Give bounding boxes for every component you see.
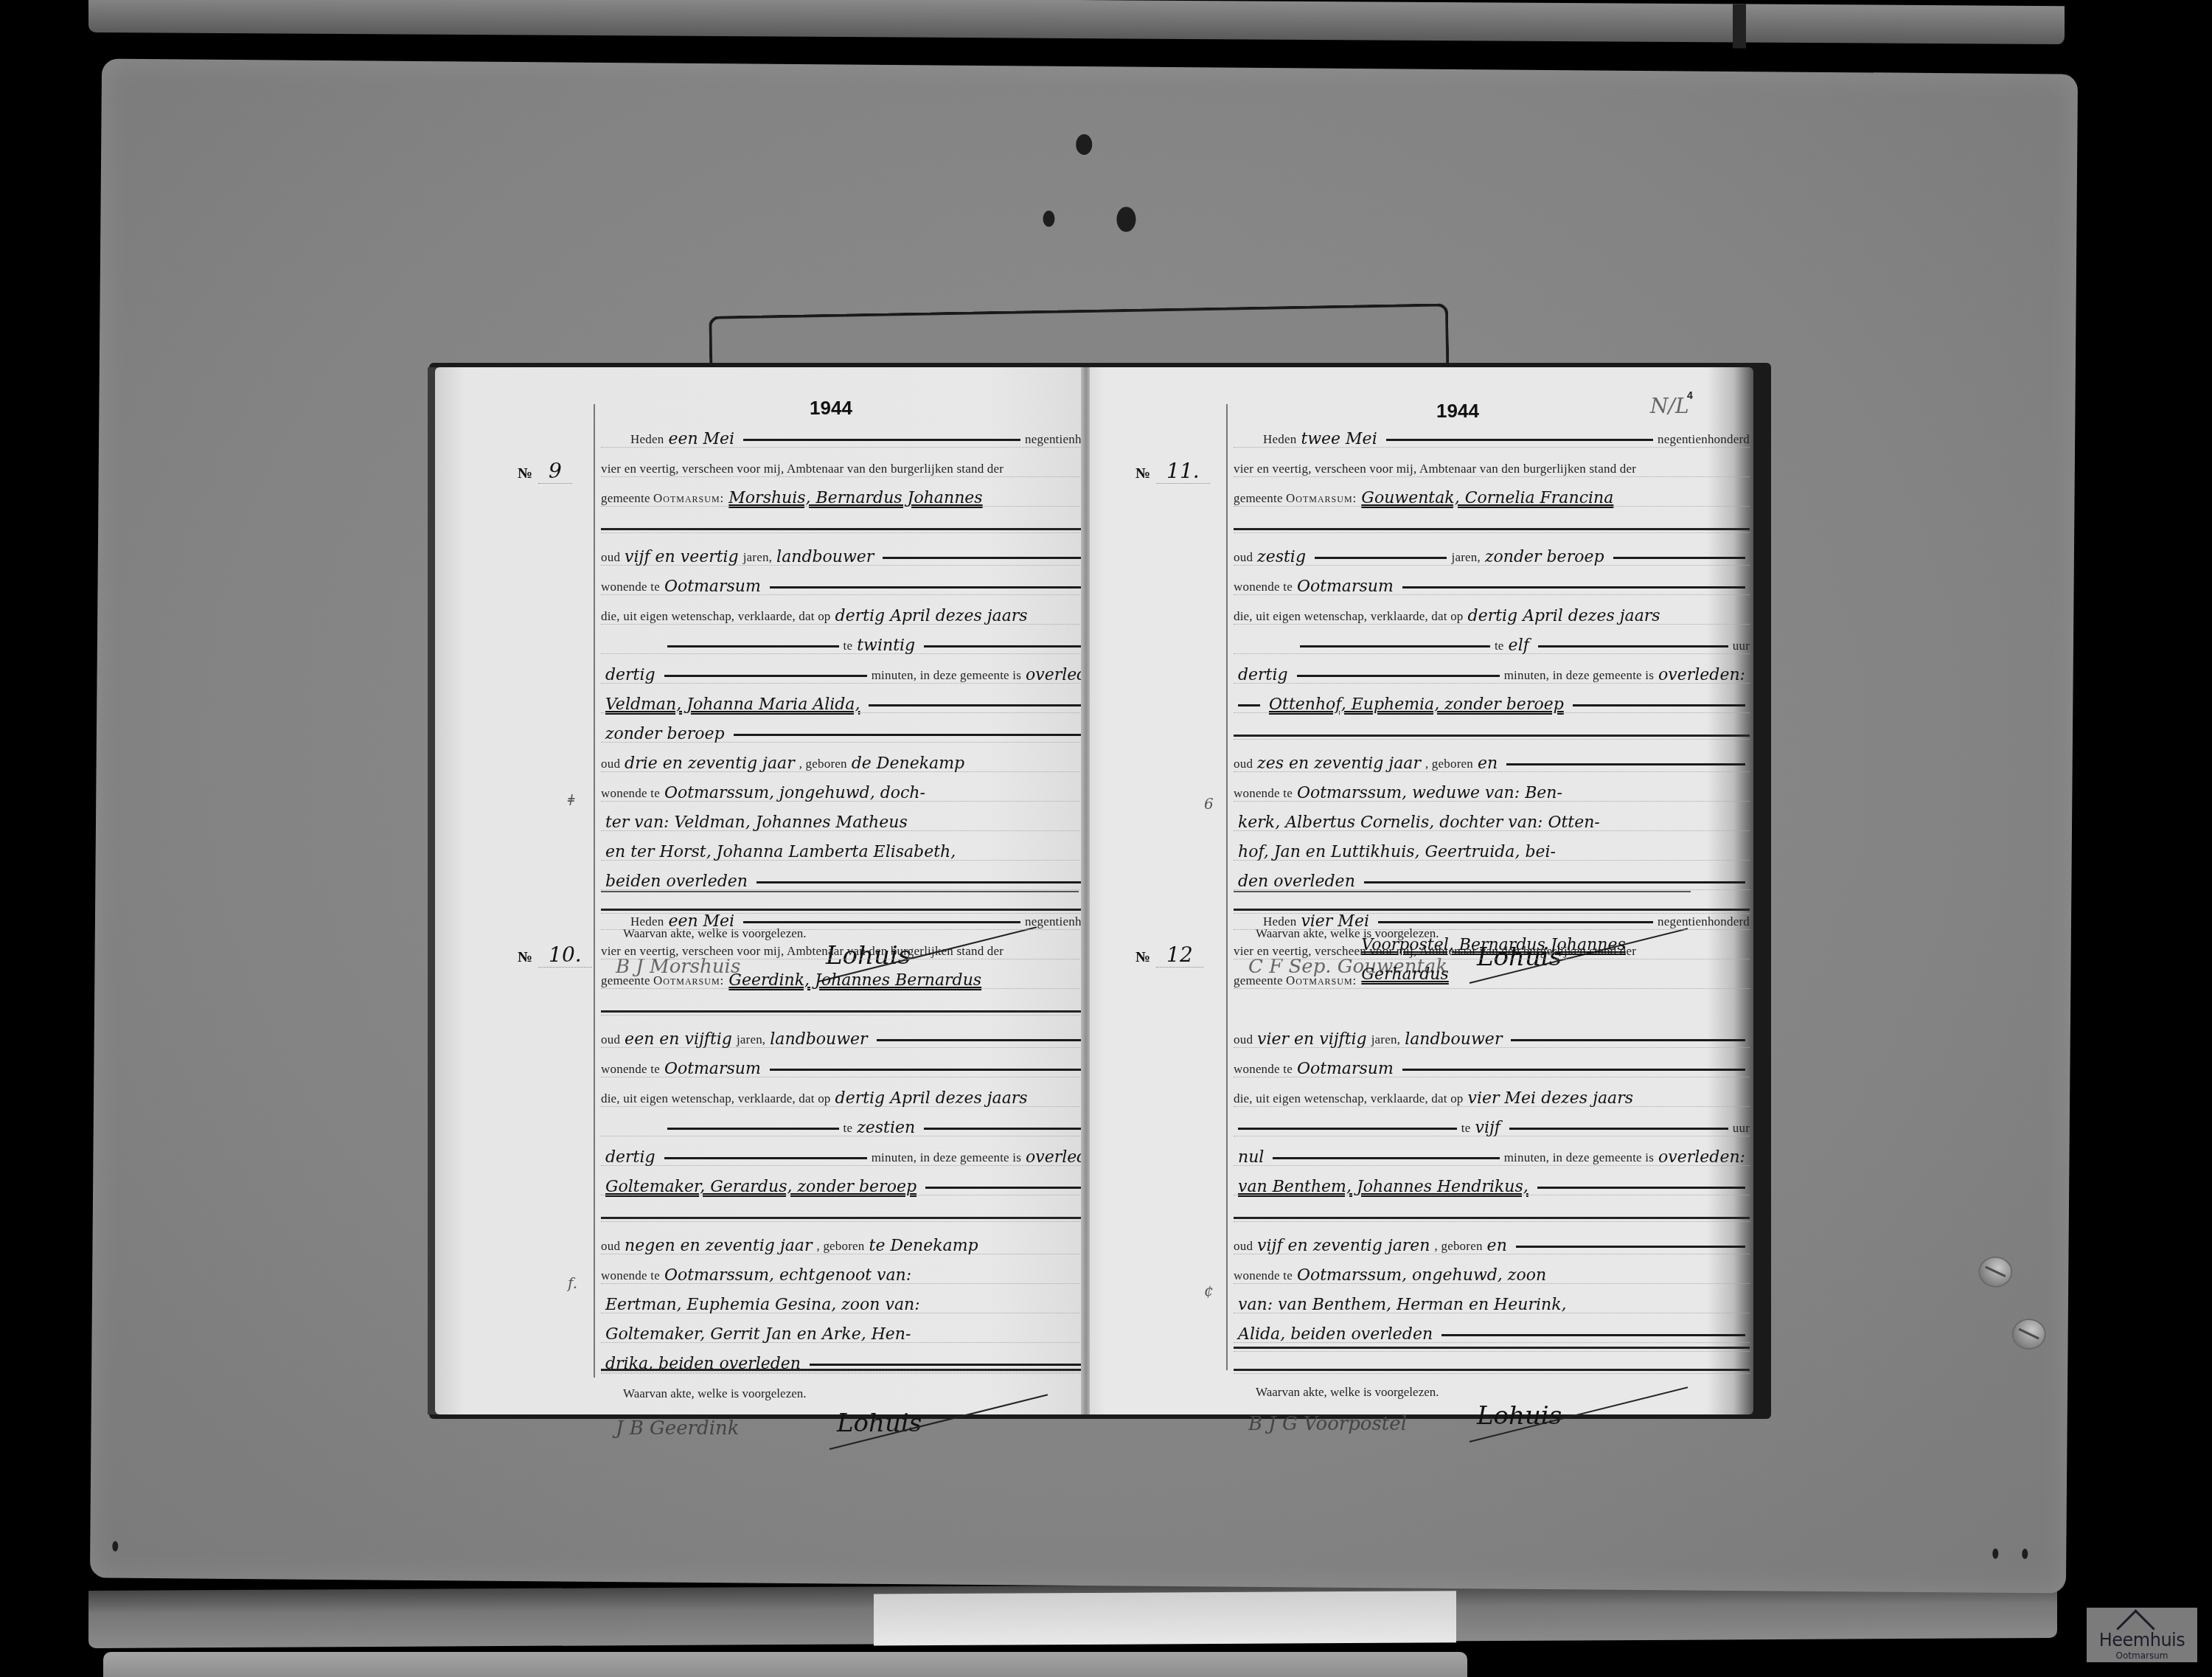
record-line: wonende teOotmarsum <box>1234 1047 1750 1077</box>
form-text: wonende te <box>1234 1268 1293 1283</box>
form-text: wonende te <box>601 580 660 594</box>
margin-mark: ǂ <box>568 791 574 809</box>
handwritten-minutes: dertig <box>1238 666 1288 684</box>
ruled-line <box>601 528 1117 530</box>
handwritten-text: Goltemaker, Gerrit Jan en Arke, Hen- <box>605 1325 911 1344</box>
ruled-line <box>1234 1217 1750 1219</box>
record-line: wonende teOotmarssum, ongehuwd, zoon <box>1234 1254 1750 1284</box>
form-text: Heden <box>1263 432 1296 447</box>
ruled-line <box>1234 1347 1750 1349</box>
handwritten-date: twee Mei <box>1301 430 1377 448</box>
record-line: dertigminuten, in deze gemeente isoverle… <box>601 653 1117 684</box>
form-text: wonende te <box>601 1062 660 1077</box>
record-line: hof, Jan en Luttikhuis, Geertruida, bei- <box>1234 830 1750 861</box>
handwritten-residence: Ootmarsum <box>1297 577 1394 596</box>
record-line: Hedeneen Meinegentienhonderd <box>601 900 1117 930</box>
official-signature: Lohuis <box>837 1409 922 1438</box>
form-text: wonende te <box>601 786 660 801</box>
ruled-line <box>601 1217 1117 1219</box>
handwritten-text: Eertman, Euphemia Gesina, zoon van: <box>605 1296 920 1314</box>
form-text: , geboren <box>1425 757 1473 771</box>
record-line: Alida, beiden overleden <box>1234 1313 1750 1343</box>
handwritten-date: vier Mei <box>1301 912 1369 931</box>
record-line: oudzes en zeventig jaar, geborenen <box>1234 742 1750 772</box>
record-line: den overleden <box>1234 860 1750 890</box>
form-text: Heden <box>1263 914 1296 929</box>
record-line: oudnegen en zeventig jaar, geborente Den… <box>601 1224 1117 1254</box>
number-value: 10. <box>538 942 592 968</box>
number-value: 11. <box>1156 459 1210 484</box>
record-line: wonende teOotmarsum <box>601 1047 1117 1077</box>
record-line: gemeente Ootmarsum:Morshuis, Bernardus J… <box>601 476 1117 507</box>
record-number: №12 <box>1135 942 1203 967</box>
handwritten-age: vijf en veertig <box>625 548 739 566</box>
handwritten-text: Alida, beiden overleden <box>1238 1325 1433 1344</box>
record-line: Goltemaker, Gerrit Jan en Arke, Hen- <box>601 1313 1117 1343</box>
page-number: 4 <box>1687 389 1693 401</box>
margin-rule <box>594 404 595 1378</box>
page-year: 1944 <box>810 397 852 420</box>
handwritten-text: en ter Horst, Johanna Lamberta Elisabeth… <box>605 843 956 861</box>
record-line: wonende teOotmarsum <box>601 565 1117 595</box>
record-line: ouddrie en zeventig jaar, geborende Dene… <box>601 742 1117 772</box>
witness-signature: J B Geerdink <box>616 1417 740 1440</box>
form-text: oud <box>1234 1239 1253 1254</box>
board-hole <box>1076 134 1092 155</box>
form-text: die, uit eigen wetenschap, verklaarde, d… <box>1234 609 1464 624</box>
form-text: vier en veertig, verscheen voor mij, Amb… <box>601 944 1004 959</box>
form-text: Heden <box>630 914 664 929</box>
handwritten-death-date: dertig April dezes jaars <box>835 1089 1028 1108</box>
handwritten-residence: Ootmarsum <box>664 1060 761 1078</box>
number-label: № <box>518 465 532 482</box>
handwritten-text: Ootmarssum, echtgenoot van: <box>664 1266 911 1285</box>
handwritten-minutes: nul <box>1238 1148 1264 1167</box>
handwritten-birthplace: de Denekamp <box>852 754 964 773</box>
handwritten-date: een Mei <box>668 912 734 931</box>
margin-mark: f. <box>568 1274 577 1292</box>
record-line: Hedeneen Meinegentienhonderd <box>601 417 1117 448</box>
record-line: die, uit eigen wetenschap, verklaarde, d… <box>1234 594 1750 625</box>
handwritten-hour: twintig <box>857 636 915 655</box>
handwritten-hour: vijf <box>1475 1119 1500 1137</box>
form-text: te <box>1461 1121 1471 1136</box>
record-line: tezestienuur <box>601 1106 1117 1136</box>
record-line: die, uit eigen wetenschap, verklaarde, d… <box>601 594 1117 625</box>
record-separator <box>1234 891 1691 892</box>
handwritten-declarant: Gouwentak, Cornelia Francina <box>1361 489 1613 507</box>
handwritten-death-date: dertig April dezes jaars <box>835 607 1028 625</box>
adjacent-frame-top <box>88 0 2065 44</box>
form-text: minuten, in deze gemeente is <box>1504 668 1654 683</box>
record-number: №11. <box>1135 459 1210 483</box>
form-text: Ootmarsum: <box>653 973 724 988</box>
screw-icon <box>1980 1258 2011 1286</box>
record-line: van Benthem, Johannes Hendrikus, <box>1234 1165 1750 1195</box>
record-line: wonende teOotmarsum <box>1234 565 1750 595</box>
record-line: dertigminuten, in deze gemeente isoverle… <box>1234 653 1750 684</box>
form-text: uur <box>1733 1121 1750 1136</box>
handwritten-text: ter van: Veldman, Johannes Matheus <box>605 813 908 832</box>
record-line: vier en veertig, verscheen voor mij, Amb… <box>601 447 1117 477</box>
handwritten-age: vier en vijftig <box>1257 1030 1367 1049</box>
handwritten-text: kerk, Albertus Cornelis, dochter van: Ot… <box>1238 813 1600 832</box>
record-line: drika, beiden overleden <box>601 1342 1117 1372</box>
handwritten-age: drie en zeventig jaar <box>625 754 795 773</box>
handwritten-verb: overleden: <box>1658 666 1745 684</box>
margin-mark: ¢ <box>1204 1282 1214 1299</box>
board-hole <box>112 1541 118 1552</box>
handwritten-hour: zestien <box>857 1119 915 1137</box>
form-text: te <box>844 639 853 653</box>
record-line: vier en veertig, verscheen voor mij, Amb… <box>1234 447 1750 477</box>
record-line: zonder beroep <box>601 712 1117 743</box>
form-text: jaren, <box>1451 550 1480 565</box>
form-text: oud <box>1234 1032 1253 1047</box>
handwritten-occupation: landbouwer <box>770 1030 867 1049</box>
form-text: minuten, in deze gemeente is <box>872 1150 1021 1165</box>
form-text: wonende te <box>1234 580 1293 594</box>
handwritten-text: Ootmarssum, jongehuwd, doch- <box>664 784 925 802</box>
number-value: 9 <box>538 459 572 484</box>
witness-signature: B J G Voorpostel <box>1248 1413 1407 1435</box>
right-page: 1944 N/L 4 №11. 6 Hedentwee Meinegentien… <box>1090 367 1753 1414</box>
handwritten-text: Ootmarssum, weduwe van: Ben- <box>1297 784 1562 802</box>
record-line: wonende teOotmarssum, weduwe van: Ben- <box>1234 771 1750 802</box>
number-value: 12 <box>1156 942 1203 968</box>
official-signature: Lohuis <box>1477 1401 1562 1431</box>
form-text: jaren, <box>737 1032 765 1047</box>
record-line: van: van Benthem, Herman en Heurink, <box>1234 1283 1750 1313</box>
form-text: negentienhonderd <box>1658 432 1750 447</box>
record-line: oudvijf en veertigjaren,landbouwer <box>601 535 1117 566</box>
handwritten-residence: Ootmarsum <box>664 577 761 596</box>
form-text: oud <box>601 550 620 565</box>
handwritten-declarant: Morshuis, Bernardus Johannes <box>728 489 982 507</box>
closing-formula: Waarvan akte, welke is voorgelezen. <box>1256 1385 1439 1400</box>
record-line: Eertman, Euphemia Gesina, zoon van: <box>601 1283 1117 1313</box>
record-line: wonende teOotmarssum, echtgenoot van: <box>601 1254 1117 1284</box>
record-line: wonende teOotmarssum, jongehuwd, doch- <box>601 771 1117 802</box>
record-line: gemeente Ootmarsum:Geerdink, Johannes Be… <box>601 959 1117 989</box>
form-text: wonende te <box>601 1268 660 1283</box>
record-line: gemeente Ootmarsum:Gouwentak, Cornelia F… <box>1234 476 1750 507</box>
handwritten-text: den overleden <box>1238 872 1355 891</box>
register-book: 1944 №9 ǂ Hedeneen Meinegentienhonderd v… <box>435 367 1762 1414</box>
handwritten-age: vijf en zeventig jaren <box>1257 1237 1430 1255</box>
handwritten-text: hof, Jan en Luttikhuis, Geertruida, bei- <box>1238 843 1556 861</box>
record-line: en ter Horst, Johanna Lamberta Elisabeth… <box>601 830 1117 861</box>
handwritten-occupation: zonder beroep <box>1485 548 1604 566</box>
handwritten-declarant: Voorpostel, Bernardus Johannes Gerhardus <box>1361 931 1678 990</box>
ruled-line <box>601 1369 1117 1371</box>
board-hole <box>1992 1549 1998 1559</box>
heemhuis-logo: Heemhuis Ootmarsum <box>2087 1608 2197 1662</box>
record-line: tevijfuur <box>1234 1106 1750 1136</box>
ruled-line <box>601 1010 1117 1013</box>
form-text: jaren, <box>1371 1032 1400 1047</box>
handwritten-deceased: Goltemaker, Gerardus, zonder beroep <box>605 1178 917 1196</box>
form-text: , geboren <box>799 757 847 771</box>
record-line: ter van: Veldman, Johannes Matheus <box>601 801 1117 831</box>
form-text: te <box>844 1121 853 1136</box>
handwritten-birthplace: te Denekamp <box>869 1237 978 1255</box>
handwritten-text: Ootmarssum, ongehuwd, zoon <box>1297 1266 1546 1285</box>
form-text: , geboren <box>817 1239 865 1254</box>
ruled-line <box>1234 1369 1750 1371</box>
record-separator <box>601 891 1079 892</box>
handwritten-death-date: vier Mei dezes jaars <box>1468 1089 1633 1108</box>
form-text: die, uit eigen wetenschap, verklaarde, d… <box>601 1091 831 1106</box>
handwritten-text: van: van Benthem, Herman en Heurink, <box>1238 1296 1567 1314</box>
form-text: , geboren <box>1435 1239 1483 1254</box>
record-line: die, uit eigen wetenschap, verklaarde, d… <box>1234 1077 1750 1107</box>
handwritten-deceased: van Benthem, Johannes Hendrikus, <box>1238 1178 1528 1196</box>
record-number: №9 <box>518 459 572 483</box>
handwritten-age: een en vijftig <box>625 1030 732 1049</box>
form-text: vier en veertig, verscheen voor mij, Amb… <box>601 462 1004 476</box>
record-number: №10. <box>518 942 592 967</box>
margin-mark: 6 <box>1204 795 1214 813</box>
record-line: oudeen en vijftigjaren,landbouwer <box>601 1018 1117 1048</box>
number-label: № <box>1135 949 1150 965</box>
record-line: Veldman, Johanna Maria Alida, <box>601 683 1117 713</box>
logo-name: Heemhuis <box>2087 1630 2197 1650</box>
number-label: № <box>1135 465 1150 482</box>
form-text: wonende te <box>1234 786 1293 801</box>
handwritten-date: een Mei <box>668 430 734 448</box>
number-label: № <box>518 949 532 965</box>
record-line: oudvier en vijftigjaren,landbouwer <box>1234 1018 1750 1048</box>
form-text: minuten, in deze gemeente is <box>872 668 1021 683</box>
record-line: dertigminuten, in deze gemeente isoverle… <box>601 1136 1117 1166</box>
record-line: beiden overleden <box>601 860 1117 890</box>
handwritten-minutes: dertig <box>605 1148 655 1167</box>
ruled-line <box>1234 735 1750 737</box>
form-text: gemeente <box>601 973 650 988</box>
form-text: vier en veertig, verscheen voor mij, Amb… <box>1234 462 1636 476</box>
handwritten-verb: overleden: <box>1658 1148 1745 1167</box>
ruled-line <box>1234 528 1750 530</box>
record-line: die, uit eigen wetenschap, verklaarde, d… <box>601 1077 1117 1107</box>
form-text: uur <box>1733 639 1750 653</box>
form-text: negentienhonderd <box>1658 914 1750 929</box>
record-line: Goltemaker, Gerardus, zonder beroep <box>601 1165 1117 1195</box>
folio-annotation: N/L <box>1650 394 1689 418</box>
record-line: oudvijf en zeventig jaren, geborenen <box>1234 1224 1750 1254</box>
handwritten-occupation: landbouwer <box>776 548 874 566</box>
form-text: wonende te <box>1234 1062 1293 1077</box>
left-page: 1944 №9 ǂ Hedeneen Meinegentienhonderd v… <box>435 367 1084 1414</box>
record-line: kerk, Albertus Cornelis, dochter van: Ot… <box>1234 801 1750 831</box>
record-line: nulminuten, in deze gemeente isoverleden… <box>1234 1136 1750 1166</box>
form-text: die, uit eigen wetenschap, verklaarde, d… <box>601 609 831 624</box>
form-text: oud <box>1234 550 1253 565</box>
handwritten-deceased: Ottenhof, Euphemia, zonder beroep <box>1269 695 1564 714</box>
record-line: vier en veertig, verscheen voor mij, Amb… <box>601 929 1117 959</box>
form-text: minuten, in deze gemeente is <box>1504 1150 1654 1165</box>
form-text: die, uit eigen wetenschap, verklaarde, d… <box>1234 1091 1464 1106</box>
board-hole <box>1116 206 1135 232</box>
form-text: oud <box>601 757 620 771</box>
form-text: oud <box>601 1032 620 1047</box>
screw-icon <box>2013 1320 2044 1348</box>
handwritten-text: beiden overleden <box>605 872 748 891</box>
handwritten-birthplace: en <box>1487 1237 1507 1255</box>
closing-formula: Waarvan akte, welke is voorgelezen. <box>623 1386 806 1401</box>
form-text: Heden <box>630 432 664 447</box>
record-line: tetwintiguur <box>601 624 1117 654</box>
logo-subtitle: Ootmarsum <box>2087 1650 2197 1661</box>
form-text: gemeente <box>601 491 650 506</box>
form-text: Ootmarsum: <box>653 491 724 506</box>
record-line: oudzestigjaren,zonder beroep <box>1234 535 1750 566</box>
board-hole <box>2022 1549 2028 1559</box>
form-text: te <box>1495 639 1504 653</box>
record-line: Hedentwee Meinegentienhonderd <box>1234 417 1750 448</box>
record-line: teelfuur <box>1234 624 1750 654</box>
handwritten-minutes: dertig <box>605 666 655 684</box>
record-line: Hedenvier Meinegentienhonderd <box>1234 900 1750 930</box>
handwritten-residence: Ootmarsum <box>1297 1060 1394 1078</box>
form-text: oud <box>1234 757 1253 771</box>
form-text: jaren, <box>743 550 772 565</box>
form-text: gemeente <box>1234 973 1283 988</box>
form-text: oud <box>601 1239 620 1254</box>
form-text: gemeente <box>1234 491 1283 506</box>
handwritten-age: zes en zeventig jaar <box>1257 754 1421 773</box>
board-hole <box>1043 211 1054 227</box>
handwritten-hour: elf <box>1509 636 1529 655</box>
handwritten-birthplace: en <box>1478 754 1498 773</box>
handwritten-deceased: Veldman, Johanna Maria Alida, <box>605 695 860 714</box>
handwritten-declarant: Geerdink, Johannes Bernardus <box>728 971 981 990</box>
handwritten-occupation: landbouwer <box>1405 1030 1502 1049</box>
form-text: Ootmarsum: <box>1286 973 1357 988</box>
handwritten-age: negen en zeventig jaar <box>625 1237 812 1255</box>
handwritten-occupation: zonder beroep <box>605 725 725 743</box>
handwritten-death-date: dertig April dezes jaars <box>1468 607 1660 625</box>
adjacent-frame-bottom <box>103 1652 1467 1677</box>
form-text: Ootmarsum: <box>1286 491 1357 506</box>
handwritten-age: zestig <box>1257 548 1306 566</box>
light-panel <box>874 1591 1456 1645</box>
margin-rule <box>1226 404 1228 1370</box>
record-line: gemeente Ootmarsum:Voorpostel, Bernardus… <box>1234 959 1750 989</box>
record-line: Ottenhof, Euphemia, zonder beroep <box>1234 683 1750 713</box>
